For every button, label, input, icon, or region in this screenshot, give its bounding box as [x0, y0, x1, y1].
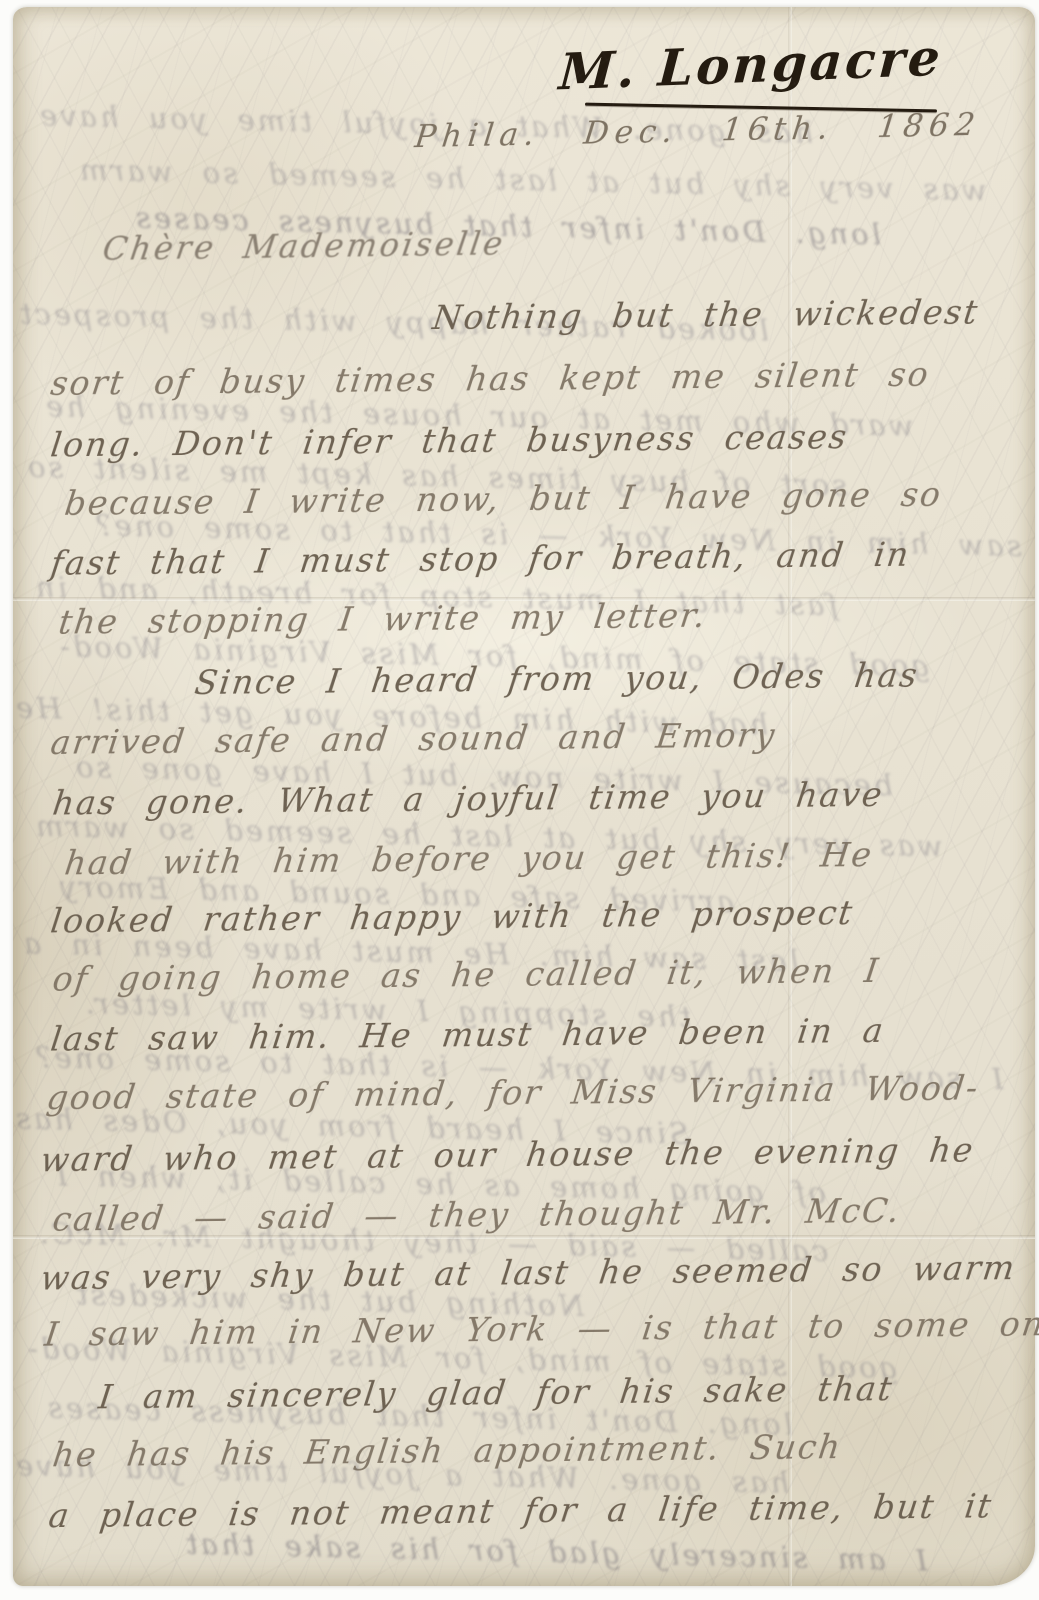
letter-line: looked rather happy with the prospect	[48, 893, 856, 940]
letter-line: a place is not meant for a life time, bu…	[46, 1486, 995, 1535]
bleedthrough-line: I am sincerely glad for his sake that	[183, 1527, 928, 1578]
letter-line: I saw him in New York — is that to some …	[42, 1304, 1039, 1354]
letter-line: had with him before you get this! He	[62, 835, 875, 883]
letter-line: was very shy but at last he seemed so wa…	[38, 1248, 1018, 1297]
letter-paper: has gone. What a joyful time you have wa…	[13, 7, 1035, 1586]
letter-line: fast that I must stop for breath, and in	[48, 534, 912, 582]
letter-dateline: Phila. Dec. 16th. 1862	[413, 107, 983, 155]
letter-salutation: Chère Mademoiselle	[100, 224, 508, 268]
letter-line: of going home as he called it, when I	[50, 951, 882, 999]
letter-line: called — said — they thought Mr. McC.	[50, 1191, 903, 1239]
letter-scan: has gone. What a joyful time you have wa…	[0, 0, 1039, 1600]
letter-line: arrived safe and sound and Emory	[48, 715, 778, 762]
letter-line: because I write now, but I have gone so	[62, 474, 944, 522]
letter-line: the stopping I write my letter.	[56, 596, 709, 642]
letter-line: Nothing but the wickedest	[430, 292, 981, 337]
letter-line: good state of mind, for Miss Virginia Wo…	[44, 1068, 981, 1117]
letter-heading: M. Longacre	[557, 28, 945, 102]
letter-line: I am sincerely glad for his sake that	[96, 1369, 895, 1416]
letter-line: has gone. What a joyful time you have	[50, 775, 886, 823]
letter-line: Since I heard from you, Odes has	[192, 655, 921, 702]
letter-line: long. Don't infer that busyness ceases	[48, 417, 850, 464]
letter-line: he has his English appointment. Such	[50, 1427, 844, 1474]
letter-line: sort of busy times has kept me silent so	[48, 354, 932, 402]
letter-line: last saw him. He must have been in a	[48, 1011, 887, 1059]
letter-line: ward who met at our house the evening he	[38, 1130, 977, 1179]
bleedthrough-line: was very shy but at last he seemed so wa…	[77, 153, 987, 208]
